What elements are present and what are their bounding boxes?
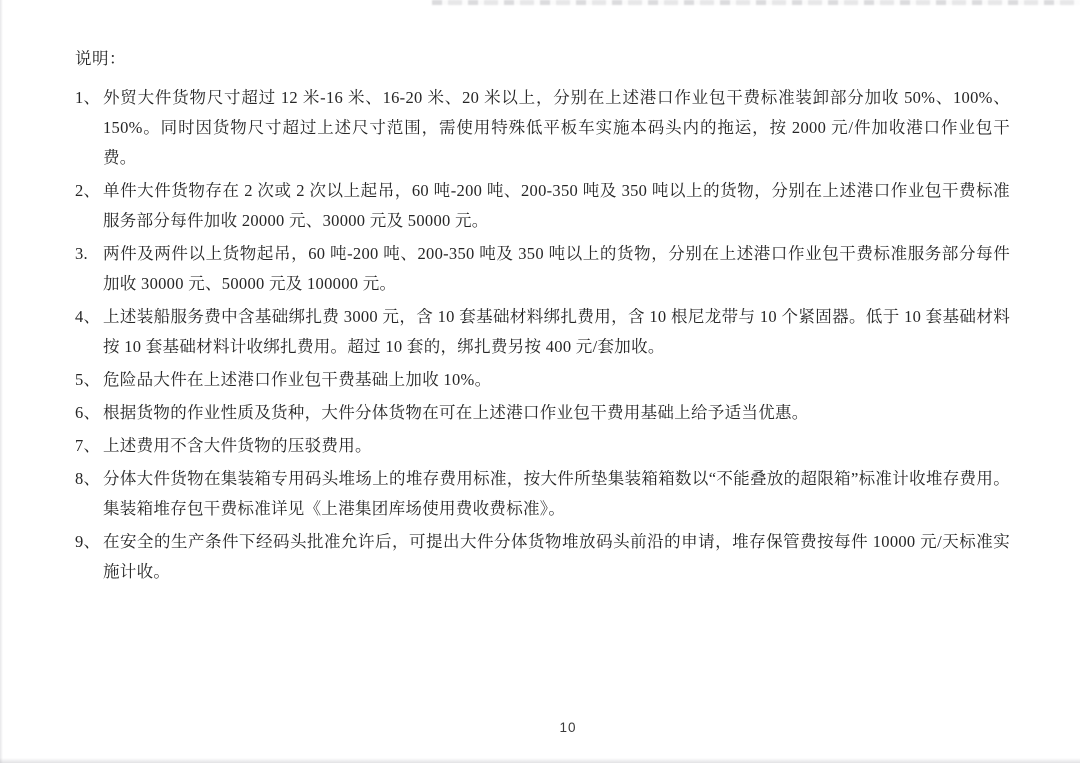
note-number: 1、: [75, 83, 103, 113]
note-text: 外贸大件货物尺寸超过 12 米-16 米、16-20 米、20 米以上，分别在上…: [103, 88, 1010, 167]
note-item: 4、 上述装船服务费中含基础绑扎费 3000 元，含 10 套基础材料绑扎费用，…: [75, 302, 1010, 362]
note-item: 2、 单件大件货物存在 2 次或 2 次以上起吊，60 吨-200 吨、200-…: [75, 176, 1010, 236]
note-number: 3.: [75, 239, 103, 269]
note-number: 5、: [75, 365, 103, 395]
note-text: 单件大件货物存在 2 次或 2 次以上起吊，60 吨-200 吨、200-350…: [103, 181, 1010, 230]
note-number: 9、: [75, 527, 103, 557]
note-text: 根据货物的作业性质及货种，大件分体货物在可在上述港口作业包干费用基础上给予适当优…: [103, 403, 809, 422]
notes-heading: 说明：: [75, 47, 1010, 71]
note-item: 3. 两件及两件以上货物起吊，60 吨-200 吨、200-350 吨及 350…: [75, 239, 1010, 299]
notes-section: 说明： 1、 外贸大件货物尺寸超过 12 米-16 米、16-20 米、20 米…: [75, 47, 1010, 590]
note-item: 6、 根据货物的作业性质及货种，大件分体货物在可在上述港口作业包干费用基础上给予…: [75, 398, 1010, 428]
note-item: 9、 在安全的生产条件下经码头批准允许后，可提出大件分体货物堆放码头前沿的申请，…: [75, 527, 1010, 587]
note-number: 2、: [75, 176, 103, 206]
note-text: 分体大件货物在集装箱专用码头堆场上的堆存费用标准，按大件所垫集装箱箱数以“不能叠…: [103, 469, 1010, 518]
page-number: 10: [0, 720, 1080, 735]
note-text: 上述费用不含大件货物的压驳费用。: [103, 436, 372, 455]
note-number: 4、: [75, 302, 103, 332]
scanned-document-page: 说明： 1、 外贸大件货物尺寸超过 12 米-16 米、16-20 米、20 米…: [0, 0, 1080, 763]
scan-edge-left: [0, 0, 3, 763]
note-number: 7、: [75, 431, 103, 461]
note-text: 上述装船服务费中含基础绑扎费 3000 元，含 10 套基础材料绑扎费用，含 1…: [103, 307, 1010, 356]
scan-edge-bottom: [0, 758, 1080, 763]
note-item: 7、 上述费用不含大件货物的压驳费用。: [75, 431, 1010, 461]
note-item: 1、 外贸大件货物尺寸超过 12 米-16 米、16-20 米、20 米以上，分…: [75, 83, 1010, 173]
note-item: 8、 分体大件货物在集装箱专用码头堆场上的堆存费用标准，按大件所垫集装箱箱数以“…: [75, 464, 1010, 524]
note-number: 8、: [75, 464, 103, 494]
note-text: 在安全的生产条件下经码头批准允许后，可提出大件分体货物堆放码头前沿的申请，堆存保…: [103, 532, 1010, 581]
note-item: 5、 危险品大件在上述港口作业包干费基础上加收 10%。: [75, 365, 1010, 395]
note-text: 两件及两件以上货物起吊，60 吨-200 吨、200-350 吨及 350 吨以…: [103, 244, 1010, 293]
note-number: 6、: [75, 398, 103, 428]
note-text: 危险品大件在上述港口作业包干费基础上加收 10%。: [103, 370, 491, 389]
clipped-text-remnant: [432, 0, 1080, 5]
